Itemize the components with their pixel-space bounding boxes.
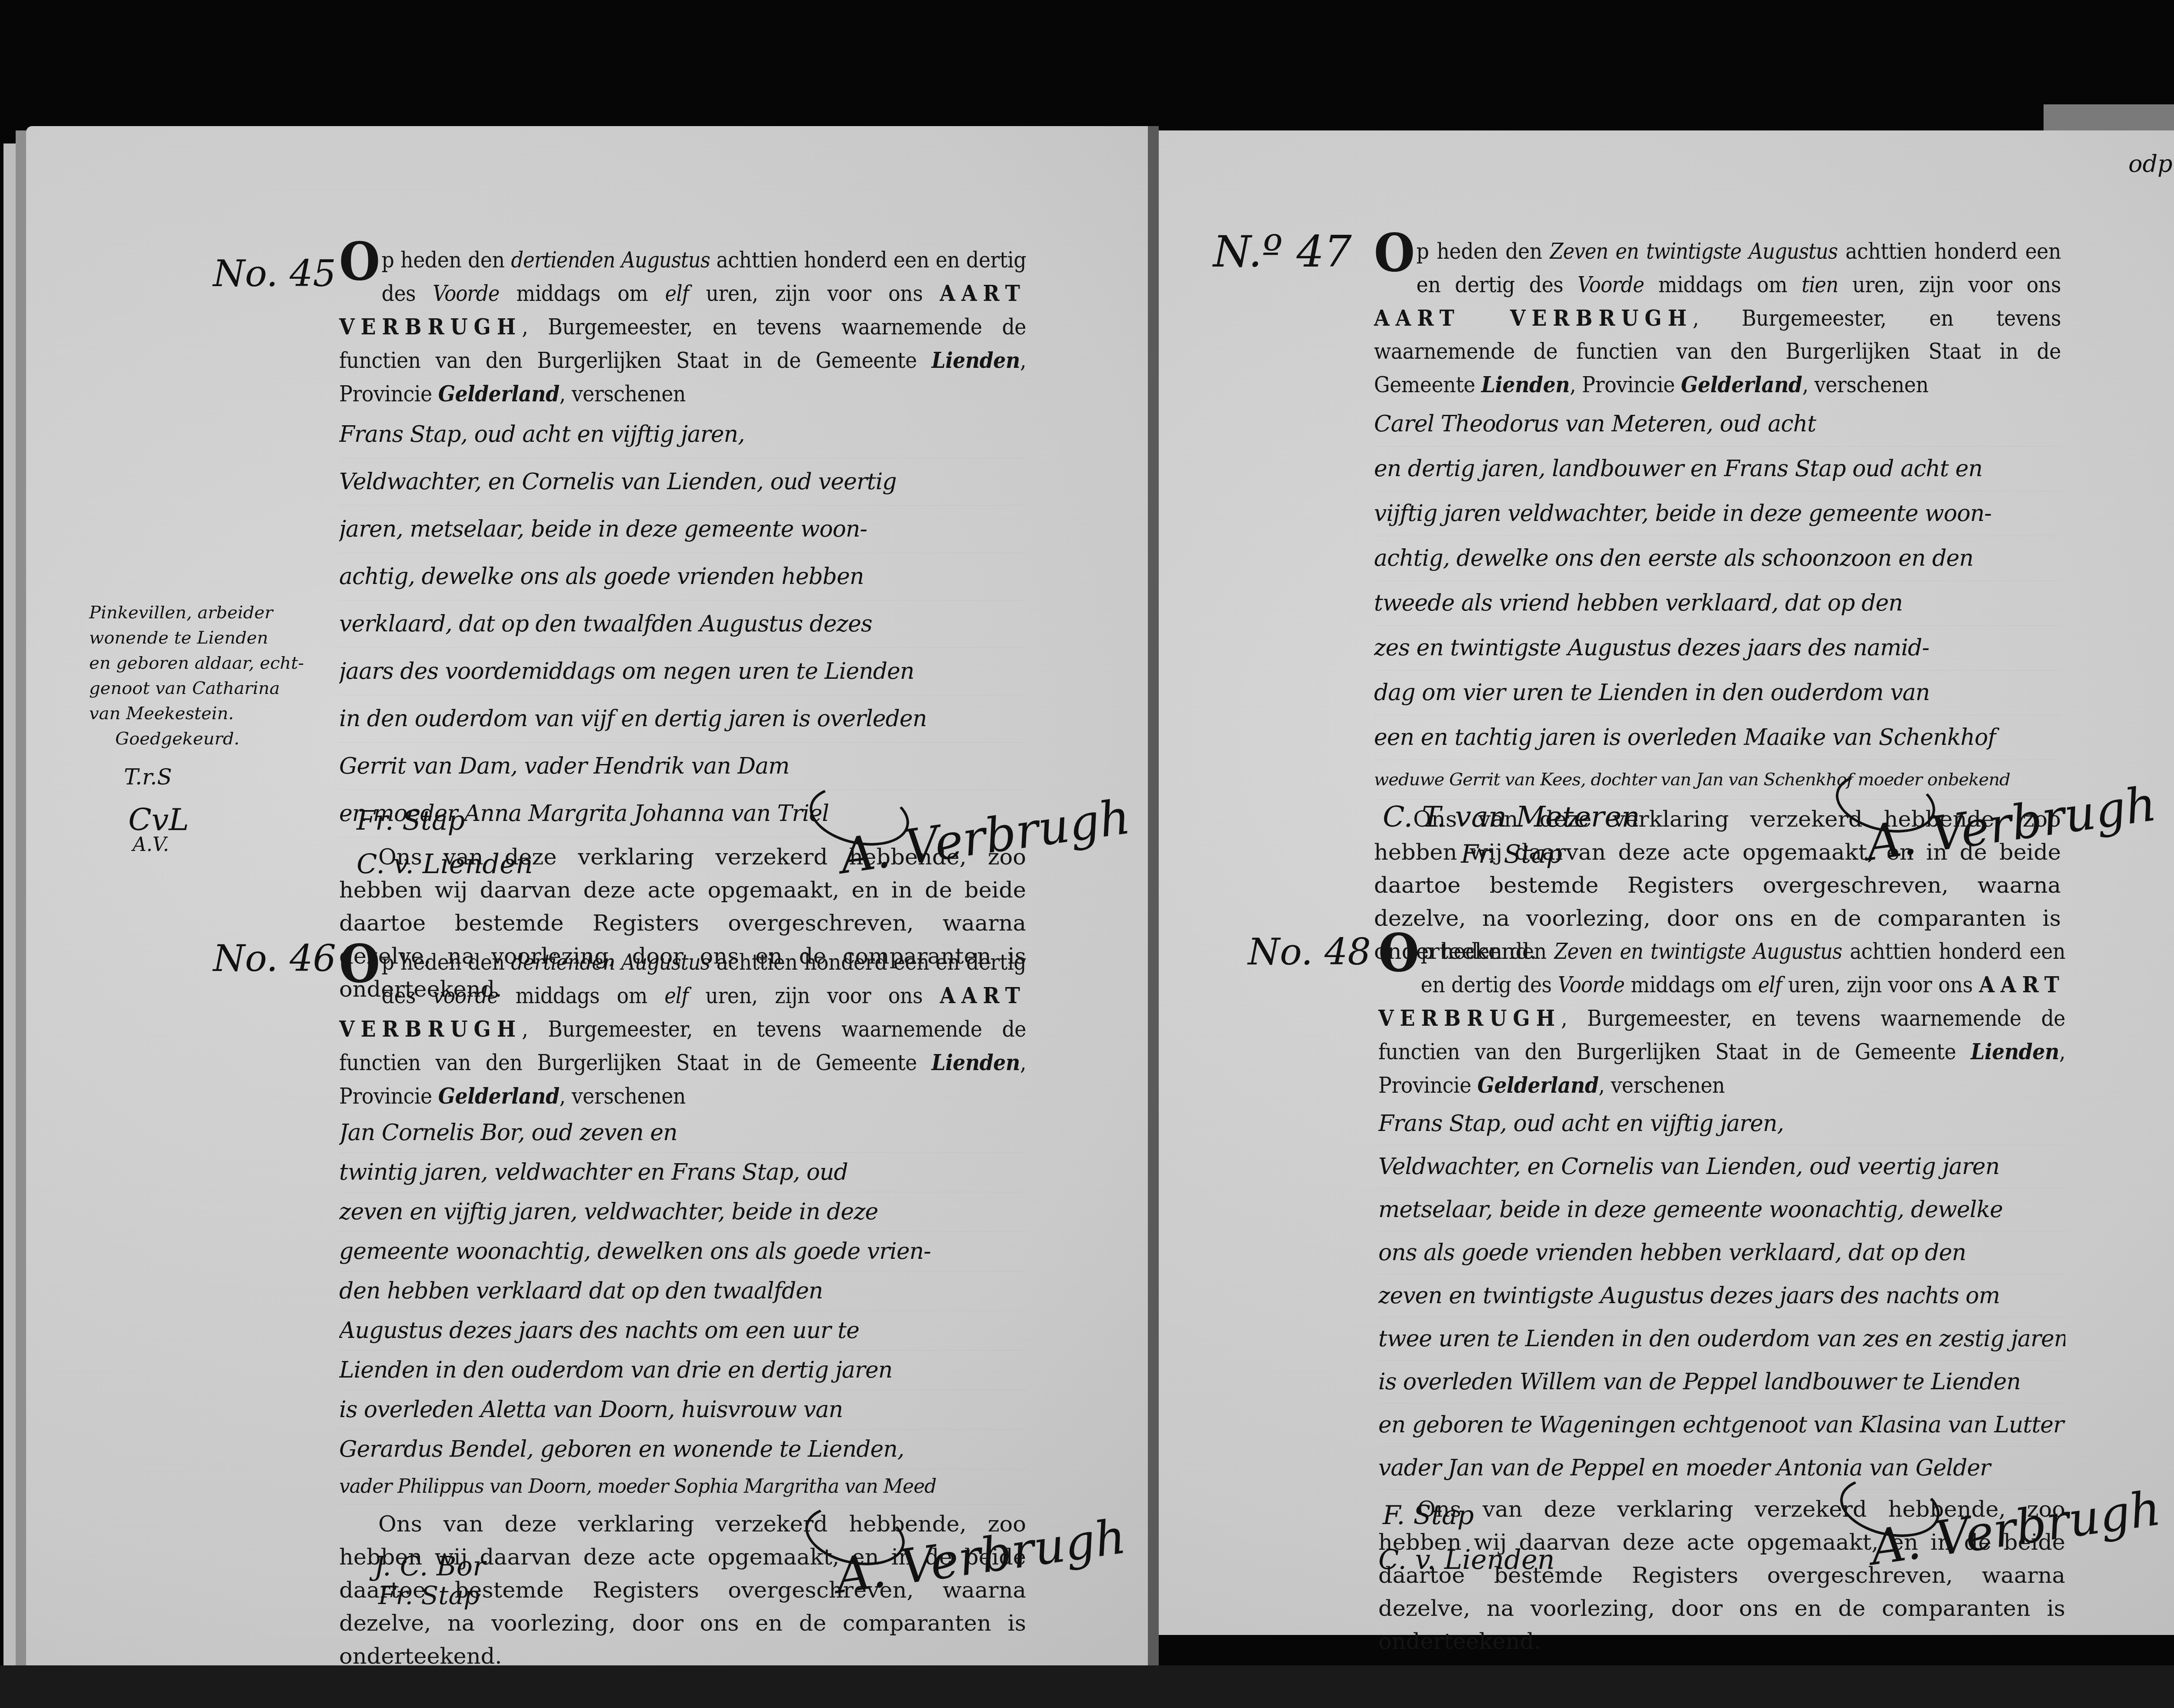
entry-number: No. 46 <box>213 937 336 980</box>
handwritten-line: twintig jaren, veldwachter en Frans Stap… <box>339 1153 1026 1192</box>
handwritten-line: en dertig jaren, landbouwer en Frans Sta… <box>1374 447 2061 491</box>
handwritten-line: achtig, dewelke ons den eerste als schoo… <box>1374 536 2061 581</box>
margin-note-line: wonende te Lienden <box>89 625 304 651</box>
printed-text: uren, zijn voor ons <box>705 983 923 1009</box>
printed-text: p heden den <box>382 247 505 273</box>
handwritten-line: jaren, metselaar, beide in deze gemeente… <box>339 506 1026 553</box>
folio-mark: odp <box>2128 150 2173 177</box>
gemeente-name: Lienden <box>1481 372 1570 398</box>
handwritten-line: Gerardus Bendel, geboren en wonende te L… <box>339 1430 1026 1469</box>
printed-text: middags om <box>1658 272 1787 298</box>
handwritten-dagdeel: Voorde <box>1577 272 1644 297</box>
handwritten-line: en geboren te Wageningen echtgenoot van … <box>1378 1404 2065 1447</box>
handwritten-line: den hebben verklaard dat op den twaalfde… <box>339 1271 1026 1311</box>
handwritten-line: is overleden Aletta van Doorn, huisvrouw… <box>339 1390 1026 1430</box>
handwritten-line: zeven en vijftig jaren, veldwachter, bei… <box>339 1192 1026 1232</box>
handwritten-hour: elf <box>1758 972 1782 997</box>
printed-text: achttien honderd een en <box>717 247 960 273</box>
handwritten-line: Gerrit van Dam, vader Hendrik van Dam <box>339 743 1026 790</box>
printed-preamble: Op heden den Zeven en twintigste Augustu… <box>1378 935 2065 1102</box>
handwritten-line: weduwe Gerrit van Kees, dochter van Jan … <box>1374 760 2061 800</box>
printed-preamble: Op heden den dertienden Augustus achttie… <box>339 946 1026 1113</box>
printed-text: uren, zijn voor ons <box>1852 272 2061 298</box>
handwritten-line: zes en twintigste Augustus dezes jaars d… <box>1374 626 2061 671</box>
handwritten-body: Frans Stap, oud acht en vijftig jaren, V… <box>1378 1102 2065 1490</box>
printed-preamble: Op heden den Zeven en twintigste Augustu… <box>1374 235 2061 402</box>
margin-note-line: Goedgekeurd. <box>89 726 304 751</box>
margin-note-45: Pinkevillen, arbeider wonende te Lienden… <box>89 600 304 857</box>
handwritten-dagdeel: voorde <box>433 983 498 1008</box>
handwritten-line: Frans Stap, oud acht en vijftig jaren, <box>1378 1102 2065 1145</box>
bottom-shadow <box>0 1665 2174 1708</box>
handwritten-date: dertienden Augustus <box>511 950 710 975</box>
provincie-name: Gelderland <box>438 1083 560 1109</box>
printed-text: dertig des <box>1451 972 1552 998</box>
handwritten-line: metselaar, beide in deze gemeente woonac… <box>1378 1188 2065 1231</box>
handwritten-line: Carel Theodorus van Meteren, oud acht <box>1374 402 2061 447</box>
entry-48: No. 48 Op heden den Zeven en twintigste … <box>1378 935 2065 1658</box>
gemeente-name: Lienden <box>932 347 1020 374</box>
official-name: AART VERBRUGH <box>1374 305 1693 331</box>
printed-text: p heden den <box>382 950 505 975</box>
handwritten-hour: tien <box>1801 272 1838 297</box>
handwritten-line: Veldwachter, en Cornelis van Lienden, ou… <box>339 458 1026 506</box>
margin-initials: T.r.S <box>89 764 304 790</box>
printed-text: achttien honderd een en <box>717 950 960 975</box>
signature-2: Fr. Stap <box>1461 839 1562 869</box>
printed-text: uren, zijn voor ons <box>1788 972 1973 998</box>
provincie-name: Gelderland <box>1681 372 1802 398</box>
entry-number: No. 48 <box>1248 931 1371 973</box>
margin-note-line: van Meekestein. <box>89 701 304 726</box>
handwritten-line: vader Philippus van Doorn, moeder Sophia… <box>339 1469 1026 1505</box>
handwritten-line: Frans Stap, oud acht en vijftig jaren, <box>339 411 1026 458</box>
printed-text: middags om <box>516 281 648 307</box>
right-page-top-edge <box>2044 104 2174 130</box>
handwritten-hour: elf <box>665 281 689 306</box>
margin-note-line: en geboren aldaar, echt- <box>89 651 304 676</box>
handwritten-line: jaars des voordemiddags om negen uren te… <box>339 648 1026 695</box>
handwritten-line: Veldwachter, en Cornelis van Lienden, ou… <box>1378 1145 2065 1188</box>
margin-initials: CvL <box>89 807 304 832</box>
handwritten-line: achtig, dewelke ons als goede vrienden h… <box>339 553 1026 600</box>
handwritten-line: Augustus dezes jaars des nachts om een u… <box>339 1311 1026 1351</box>
entry-47: N.º 47 Op heden den Zeven en twintigste … <box>1374 235 2061 968</box>
handwritten-dagdeel: Voorde <box>1558 972 1624 997</box>
entry-number: N.º 47 <box>1213 226 1352 277</box>
gemeente-name: Lienden <box>932 1050 1020 1076</box>
drop-cap: O <box>339 244 380 279</box>
drop-cap: O <box>339 947 380 981</box>
signature-2: C. v. Lienden <box>1378 1544 1555 1575</box>
margin-note-line: genoot van Catharina <box>89 676 304 701</box>
handwritten-line: vader Jan van de Peppel en moeder Antoni… <box>1378 1447 2065 1490</box>
handwritten-line: Lienden in den ouderdom van drie en dert… <box>339 1351 1026 1390</box>
entry-45: No. 45 Op heden den dertienden Augustus … <box>339 244 1026 1006</box>
printed-text: middags om <box>1631 972 1752 998</box>
handwritten-hour: elf <box>664 983 688 1008</box>
signature-2: Fr. Stap <box>378 1581 480 1610</box>
handwritten-line: gemeente woonachtig, dewelken ons als go… <box>339 1232 1026 1271</box>
handwritten-body: Frans Stap, oud acht en vijftig jaren, V… <box>339 411 1026 837</box>
handwritten-line: in den ouderdom van vijf en dertig jaren… <box>339 695 1026 743</box>
handwritten-line: vijftig jaren veldwachter, beide in deze… <box>1374 491 2061 536</box>
handwritten-dagdeel: Voorde <box>433 281 499 306</box>
handwritten-line: een en tachtig jaren is overleden Maaike… <box>1374 715 2061 760</box>
printed-text: middags om <box>516 983 647 1009</box>
printed-text: , verschenen <box>1802 372 1928 398</box>
printed-text: p heden den <box>1417 239 1542 264</box>
drop-cap: O <box>1374 236 1415 270</box>
handwritten-date: Zeven en twintigste Augustus <box>1550 239 1838 264</box>
signature-1: F. Stap <box>1383 1500 1474 1531</box>
handwritten-line: verklaard, dat op den twaalfden Augustus… <box>339 600 1026 648</box>
margin-initials: A.V. <box>89 832 304 857</box>
provincie-name: Gelderland <box>438 381 560 407</box>
gemeente-name: Lienden <box>1971 1039 2059 1065</box>
handwritten-line: dag om vier uren te Lienden in den ouder… <box>1374 671 2061 715</box>
handwritten-line: is overleden Willem van de Peppel landbo… <box>1378 1361 2065 1404</box>
signature-2: C. v. Lienden <box>357 848 533 880</box>
left-page-stack-edge <box>3 143 16 1665</box>
printed-text: dertig des <box>1455 272 1563 298</box>
entry-number: No. 45 <box>213 252 336 295</box>
handwritten-line: zeven en twintigste Augustus dezes jaars… <box>1378 1274 2065 1318</box>
handwritten-line: twee uren te Lienden in den ouderdom van… <box>1378 1318 2065 1361</box>
signature-1: C. T. van Meteren <box>1383 800 1640 834</box>
printed-text: p heden den <box>1421 939 1547 964</box>
book-gutter <box>1148 126 1159 1665</box>
printed-text: uren, zijn voor ons <box>706 281 923 307</box>
left-page-stack-edge-inner <box>16 130 26 1665</box>
printed-text: , verschenen <box>560 381 686 407</box>
printed-text: , verschenen <box>560 1084 686 1109</box>
handwritten-body: Jan Cornelis Bor, oud zeven en twintig j… <box>339 1113 1026 1505</box>
drop-cap: O <box>1378 936 1419 971</box>
handwritten-date: Zeven en twintigste Augustus <box>1554 939 1842 964</box>
margin-note-line: Pinkevillen, arbeider <box>89 600 304 625</box>
printed-preamble: Op heden den dertienden Augustus achttie… <box>339 244 1026 411</box>
entry-46: No. 46 Op heden den dertienden Augustus … <box>339 946 1026 1673</box>
handwritten-body: Carel Theodorus van Meteren, oud acht en… <box>1374 402 2061 800</box>
handwritten-line: ons als goede vrienden hebben verklaard,… <box>1378 1231 2065 1274</box>
printed-text: , Provincie <box>1570 372 1675 398</box>
printed-text: , verschenen <box>1599 1073 1725 1098</box>
handwritten-line: Jan Cornelis Bor, oud zeven en <box>339 1113 1026 1153</box>
signature-1: J. C. Bor <box>374 1550 486 1582</box>
handwritten-date: dertienden Augustus <box>511 247 710 273</box>
signature-1: Fr. Stap <box>357 804 465 836</box>
handwritten-line: tweede als vriend hebben verklaard, dat … <box>1374 581 2061 626</box>
provincie-name: Gelderland <box>1477 1072 1599 1098</box>
